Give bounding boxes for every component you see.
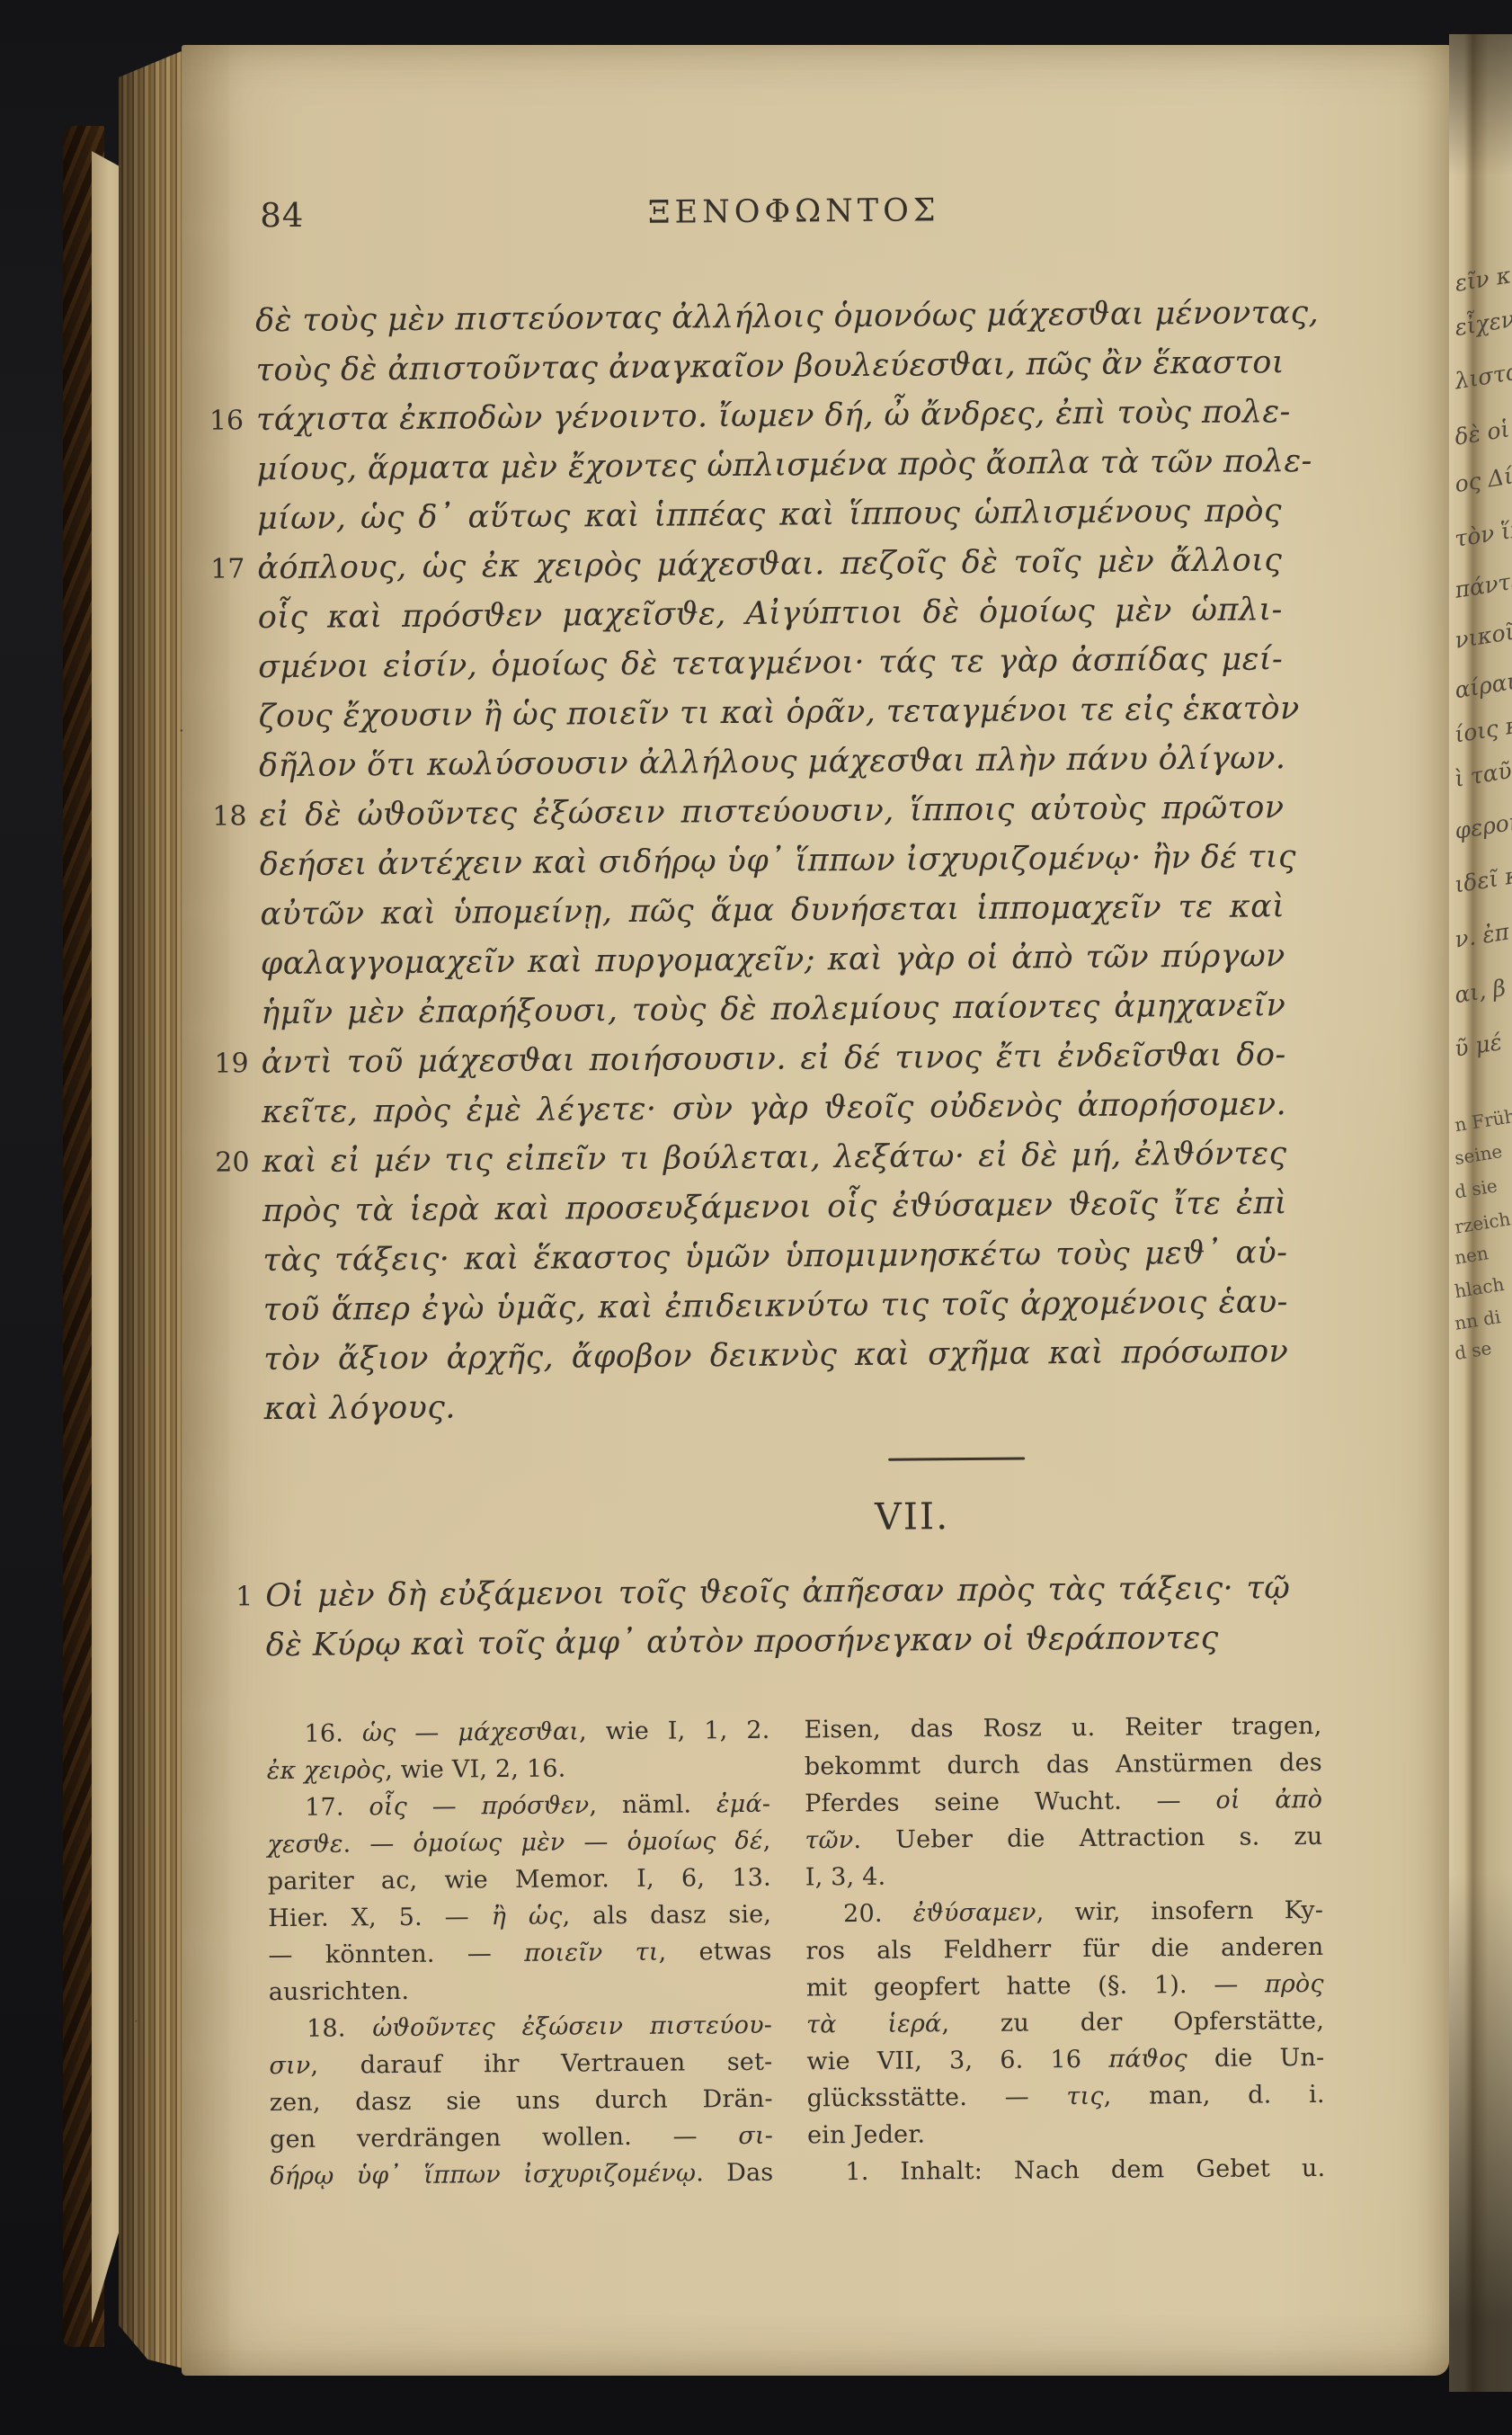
footnote-line: mit geopfert hatte (§. 1). — πρὸς: [806, 1966, 1324, 2007]
greek-text-line: δεήσει ἀντέχειν καὶ σιδήρῳ ὑφ᾽ ἵππων ἰσχ…: [260, 833, 1285, 890]
margin-section-number: 16: [200, 396, 244, 445]
book-page: 84 ΞΕΝΟΦΩΝΤΟΣ δὲ τοὺς μὲν πιστεύοντας ἀλ…: [182, 45, 1449, 2376]
greek-text-line: μίων, ὡς δ᾽ αὕτως καὶ ἱππέας καὶ ἵππους …: [257, 486, 1282, 544]
greek-text-line: δὲ τοὺς μὲν πιστεύοντας ἀλλήλοις ὁμονόως…: [255, 289, 1280, 346]
facing-page-fragment: hlach: [1454, 1275, 1506, 1300]
footnote-column-right: Eisen, das Rosz u. Reiter tragen,bekommt…: [804, 1708, 1325, 2191]
facing-page-fragment: δὲ οἱ: [1453, 417, 1510, 448]
footnote-line: τὰ ἱερά, zu der Opferstätte,: [806, 2002, 1324, 2044]
footnote-line: τῶν. Ueber die Attraction s. zu: [805, 1818, 1322, 1860]
footnote-line: 18. ὠϑοῦντες ἐξώσειν πιστεύου-: [269, 2007, 772, 2047]
footnote-line: χεσϑε. — ὁμοίως μὲν — ὁμοίως δέ,: [267, 1823, 770, 1863]
facing-page-fragment: seine: [1454, 1142, 1504, 1167]
greek-line-text: ἡμῖν μὲν ἐπαρήξουσι, τοὺς δὲ πολεμίους π…: [261, 981, 1285, 1039]
greek-line-text: ἀντὶ τοῦ μάχεσϑαι ποιήσουσιν. εἰ δέ τινο…: [261, 1030, 1285, 1088]
greek-line-text: δῆλον ὅτι κωλύσουσιν ἀλλήλους μάχεσϑαι π…: [259, 734, 1284, 791]
page-content: 84 ΞΕΝΟΦΩΝΤΟΣ δὲ τοὺς μὲν πιστεύοντας ἀλ…: [173, 40, 1458, 2380]
greek-line-text: τοῦ ἅπερ ἐγὼ ὑμᾶς, καὶ ἐπιδεικνύτω τις τ…: [263, 1278, 1288, 1335]
facing-page-strip: εῖν καὶεἶχενλιστα δεδὲ οἱος Δίατὸν ἵππάν…: [1449, 34, 1512, 2392]
greek-text-line: δὲ Κύρῳ καὶ τοῖς ἀμφ᾽ αὐτὸν προσήνεγκαν …: [266, 1613, 1291, 1671]
greek-text-line: φαλαγγομαχεῖν καὶ πυργομαχεῖν; καὶ γὰρ ο…: [261, 932, 1285, 989]
facing-page-fragment: d se: [1454, 1339, 1493, 1362]
page-edge-stack: [119, 50, 183, 2368]
greek-text-line: τοῦ ἅπερ ἐγὼ ὑμᾶς, καὶ ἐπιδεικνύτω τις τ…: [263, 1278, 1288, 1335]
facing-page-fragment: αίραις: [1454, 668, 1512, 702]
footnote-line: ros als Feldherr für die anderen: [805, 1929, 1323, 1970]
greek-line-text: κεῖτε, πρὸς ἐμὲ λέγετε· σὺν γὰρ ϑεοῖς οὐ…: [262, 1080, 1286, 1137]
section-divider-rule: [888, 1458, 1025, 1461]
facing-page-fragment: nn di: [1454, 1307, 1502, 1333]
footnote-line: ἐκ χειρὸς, wie VI, 2, 16.: [267, 1749, 770, 1789]
facing-page-fragment: d sie: [1454, 1176, 1499, 1200]
greek-text-block: δὲ τοὺς μὲν πιστεύοντας ἀλλήλοις ὁμονόως…: [255, 289, 1289, 1434]
greek-text-line: αὐτῶν καὶ ὑπομείνῃ, πῶς ἅμα δυνήσεται ἱπ…: [260, 882, 1285, 940]
greek-text-line: καὶ λόγους.: [263, 1377, 1288, 1434]
greek-line-text: δὲ τοὺς μὲν πιστεύοντας ἀλλήλοις ὁμονόως…: [255, 289, 1280, 346]
footnote-line: pariter ac, wie Memor. I, 6, 13.: [268, 1860, 771, 1900]
greek-text-line: τοὺς δὲ ἀπιστοῦντας ἀναγκαῖον βουλεύεσϑα…: [255, 338, 1280, 396]
facing-page-fragment: λιστα δε: [1454, 355, 1512, 393]
footnote-line: Hier. X, 5. — ἢ ὡς, als dasz sie,: [268, 1896, 771, 1937]
facing-page-fragment: ίοις κ: [1453, 713, 1512, 745]
greek-text-line: 16τάχιστα ἐκποδὼν γένοιντο. ἴωμεν δή, ὦ …: [256, 388, 1281, 445]
greek-text-line: 18εἰ δὲ ὠϑοῦντες ἐξώσειν πιστεύουσιν, ἵπ…: [259, 783, 1284, 841]
greek-line-text: τὸν ἄξιον ἀρχῆς, ἄφοβον δεικνὺς καὶ σχῆμ…: [263, 1327, 1288, 1385]
facing-page-fragment: εῖν καὶ: [1454, 260, 1512, 295]
margin-section-number: 20: [206, 1137, 249, 1187]
greek-text-line: πρὸς τὰ ἱερὰ καὶ προσευξάμενοι οἷς ἐϑύσα…: [262, 1179, 1287, 1236]
running-header: ΞΕΝΟΦΩΝΤΟΣ: [263, 190, 1324, 234]
footnote-line: ausrichten.: [269, 1970, 772, 2011]
greek-line-text: τὰς τάξεις· καὶ ἕκαστος ὑμῶν ὑπομιμνησκέ…: [262, 1228, 1287, 1286]
greek-text-line: δῆλον ὅτι κωλύσουσιν ἀλλήλους μάχεσϑαι π…: [259, 734, 1284, 791]
footnote-line: 16. ὡς — μάχεσϑαι, wie I, 1, 2.: [266, 1712, 769, 1753]
greek-text-line: ἡμῖν μὲν ἐπαρήξουσι, τοὺς δὲ πολεμίους π…: [261, 981, 1285, 1039]
greek-line-text: οἷς καὶ πρόσϑεν μαχεῖσϑε, Αἰγύπτιοι δὲ ὁ…: [258, 585, 1283, 643]
facing-page-fragment: πάντες: [1454, 566, 1512, 602]
greek-line-text: δὲ Κύρῳ καὶ τοῖς ἀμφ᾽ αὐτὸν προσήνεγκαν …: [266, 1613, 1291, 1671]
chapter-heading: VII.: [282, 1490, 1512, 1543]
footnote-column-left: 16. ὡς — μάχεσϑαι, wie I, 1, 2.ἐκ χειρὸς…: [266, 1712, 773, 2195]
facing-page-fragment: ος Δία: [1454, 462, 1512, 495]
greek-line-text: Οἱ μὲν δὴ εὐξάμενοι τοῖς ϑεοῖς ἀπῆεσαν π…: [265, 1564, 1290, 1621]
margin-section-number: 1: [209, 1572, 253, 1621]
footnote-line: ein Jeder.: [807, 2113, 1325, 2154]
greek-text-line: 19ἀντὶ τοῦ μάχεσϑαι ποιήσουσιν. εἰ δέ τι…: [261, 1030, 1285, 1088]
footnote-line: Pferdes seine Wucht. — οἱ ἀπὸ: [805, 1781, 1322, 1823]
greek-line-text: δεήσει ἀντέχειν καὶ σιδήρῳ ὑφ᾽ ἵππων ἰσχ…: [260, 833, 1285, 890]
greek-line-text: σμένοι εἰσίν, ὁμοίως δὲ τεταγμένοι· τάς …: [258, 635, 1283, 692]
margin-section-number: 19: [205, 1039, 248, 1088]
footnote-line: glücksstätte. — τις, man, d. i.: [807, 2076, 1325, 2118]
facing-page-fragment: τὸν ἵπ: [1454, 517, 1512, 550]
chapter-text-block: 1Οἱ μὲν δὴ εὐξάμενοι τοῖς ϑεοῖς ἀπῆεσαν …: [265, 1564, 1291, 1671]
facing-page-fragment: ὶ ταῦ: [1453, 759, 1512, 790]
footnote-line: — könnten. — ποιεῖν τι, etwas: [268, 1933, 771, 1974]
greek-line-text: τοὺς δὲ ἀπιστοῦντας ἀναγκαῖον βουλεύεσϑα…: [255, 338, 1280, 396]
facing-page-fragment: ιδεῖ κ: [1453, 863, 1512, 896]
greek-line-text: καὶ εἰ μέν τις εἰπεῖν τι βούλεται, λεξάτ…: [262, 1129, 1286, 1187]
footnote-line: zen, dasz sie uns durch Drän-: [270, 2081, 773, 2121]
margin-section-number: 18: [203, 791, 246, 841]
greek-text-line: τὰς τάξεις· καὶ ἕκαστος ὑμῶν ὑπομιμνησκέ…: [262, 1228, 1287, 1286]
footnote-line: bekommt durch das Anstürmen des: [805, 1744, 1322, 1786]
margin-section-number: 17: [201, 544, 245, 593]
greek-line-text: καὶ λόγους.: [263, 1377, 1288, 1434]
greek-line-text: ἀόπλους, ὡς ἐκ χειρὸς μάχεσϑαι. πεζοῖς δ…: [257, 536, 1282, 593]
greek-line-text: μίων, ὡς δ᾽ αὕτως καὶ ἱππέας καὶ ἵππους …: [257, 486, 1282, 544]
greek-text-line: ζους ἔχουσιν ἢ ὡς ποιεῖν τι καὶ ὁρᾶν, τε…: [258, 684, 1283, 742]
footnote-line: I, 3, 4.: [805, 1855, 1323, 1896]
greek-line-text: πρὸς τὰ ἱερὰ καὶ προσευξάμενοι οἷς ἐϑύσα…: [262, 1179, 1287, 1236]
facing-page-fragment: αι, β: [1453, 977, 1507, 1007]
greek-line-text: φαλαγγομαχεῖν καὶ πυργομαχεῖν; καὶ γὰρ ο…: [261, 932, 1285, 989]
greek-text-line: κεῖτε, πρὸς ἐμὲ λέγετε· σὺν γὰρ ϑεοῖς οὐ…: [262, 1080, 1286, 1137]
greek-text-line: 1Οἱ μὲν δὴ εὐξάμενοι τοῖς ϑεοῖς ἀπῆεσαν …: [265, 1564, 1290, 1621]
footnote-line: Eisen, das Rosz u. Reiter tragen,: [804, 1708, 1321, 1749]
greek-text-line: σμένοι εἰσίν, ὁμοίως δὲ τεταγμένοι· τάς …: [258, 635, 1283, 692]
facing-page-fragment: εἶχεν: [1453, 308, 1512, 339]
greek-text-line: οἷς καὶ πρόσϑεν μαχεῖσϑε, Αἰγύπτιοι δὲ ὁ…: [258, 585, 1283, 643]
facing-page-fragment: φερον: [1454, 809, 1512, 843]
greek-line-text: αὐτῶν καὶ ὑπομείνῃ, πῶς ἅμα δυνήσεται ἱπ…: [260, 882, 1285, 940]
footnote-line: 17. οἷς — πρόσϑεν, näml. ἐμά-: [267, 1786, 770, 1826]
greek-text-line: 20καὶ εἰ μέν τις εἰπεῖν τι βούλεται, λεξ…: [262, 1129, 1286, 1187]
footnote-line: wie VII, 3, 6. 16 πάϑος die Un-: [806, 2039, 1324, 2081]
book-scan: 84 ΞΕΝΟΦΩΝΤΟΣ δὲ τοὺς μὲν πιστεύοντας ἀλ…: [0, 0, 1512, 2435]
facing-page-fragment: nen: [1454, 1244, 1490, 1267]
greek-line-text: ζους ἔχουσιν ἢ ὡς ποιεῖν τι καὶ ὁρᾶν, τε…: [258, 684, 1283, 742]
footnote-line: 20. ἐϑύσαμεν, wir, insofern Ky-: [805, 1892, 1323, 1933]
greek-line-text: τάχιστα ἐκποδὼν γένοιντο. ἴωμεν δή, ὦ ἄν…: [256, 388, 1281, 445]
greek-text-line: τὸν ἄξιον ἀρχῆς, ἄφοβον δεικνὺς καὶ σχῆμ…: [263, 1327, 1288, 1385]
facing-page-fragment: νικοῖς,: [1454, 617, 1512, 651]
facing-page-fragment: rzeich: [1454, 1209, 1512, 1236]
greek-line-text: μίους, ἅρματα μὲν ἔχοντες ὡπλισμένα πρὸς…: [256, 437, 1281, 495]
greek-text-line: 17ἀόπλους, ὡς ἐκ χειρὸς μάχεσϑαι. πεζοῖς…: [257, 536, 1282, 593]
facing-page-fragment: ν. ἐπ: [1453, 920, 1510, 950]
facing-page-fragment: ῦ μέ: [1453, 1030, 1503, 1060]
footnote-line: gen verdrängen wollen. — σι-: [270, 2118, 773, 2158]
footnote-line: δήρῳ ὑφ᾽ ἵππων ἰσχυριζομένῳ. Das: [270, 2154, 773, 2195]
greek-text-line: μίους, ἅρματα μὲν ἔχοντες ὡπλισμένα πρὸς…: [256, 437, 1281, 495]
facing-page-fragment: n Früh: [1454, 1107, 1512, 1134]
greek-line-text: εἰ δὲ ὠϑοῦντες ἐξώσειν πιστεύουσιν, ἵππο…: [259, 783, 1284, 841]
footnote-line: σιν, darauf ihr Vertrauen set-: [269, 2044, 772, 2084]
footnote-line: 1. Inhalt: Nach dem Gebet u.: [807, 2150, 1325, 2191]
